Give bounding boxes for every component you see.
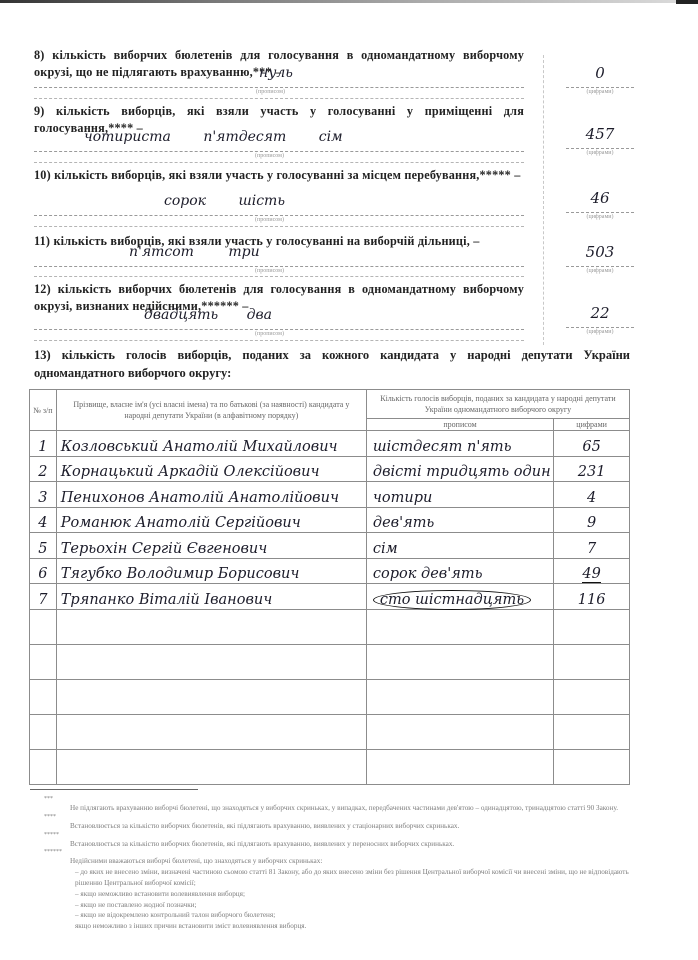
item-text: кількість виборців, які взяли участь у г…	[54, 168, 520, 182]
empty-cell	[56, 749, 366, 784]
digits-caption: (цифрами)	[566, 329, 634, 335]
item-10-digits-field[interactable]: 46	[566, 192, 634, 213]
row-number: 6	[30, 558, 57, 584]
item-10-label: 10) кількість виборців, які взяли участь…	[34, 167, 524, 184]
empty-cell	[366, 644, 553, 679]
item-11-digits-field[interactable]: 503	[566, 246, 634, 267]
words-caption: (прописом)	[256, 89, 285, 95]
table-row: 6Тягубко Володимир Борисовичсорок дев'ят…	[30, 558, 630, 584]
item-9-digits-value: 457	[586, 125, 615, 143]
header-candidate-name: Прізвище, власне ім'я (усі власні імена)…	[56, 390, 366, 431]
item-11-words-value: п'ятсот три	[129, 244, 260, 260]
empty-cell	[554, 679, 630, 714]
footnote-bullet: – якщо не відокремлено контрольний талон…	[30, 910, 640, 921]
footnote-text: Встановлюється за кількістю виборчих бюл…	[30, 839, 640, 850]
table-row: 5Терьохін Сергій Євгеновичсім7	[30, 533, 630, 559]
votes-words: сім	[366, 533, 553, 559]
item-12-words-field[interactable]: двадцять два	[34, 309, 524, 330]
empty-cell	[554, 749, 630, 784]
item-9-words-value: чотириста п'ятдесят сім	[84, 129, 343, 145]
footnote-marker: ******	[30, 849, 640, 856]
row-number: 1	[30, 431, 57, 457]
votes-words: чотири	[366, 482, 553, 508]
item-9-words-field[interactable]: чотириста п'ятдесят сім	[34, 131, 524, 152]
candidate-name: Корнацький Аркадій Олексійович	[56, 456, 366, 482]
table-row: 3Пенихонов Анатолій Анатолійовиччотири4	[30, 482, 630, 508]
item-8-digits-field[interactable]: 0	[566, 67, 634, 88]
footnote-bullet: якщо неможливо з інших причин встановити…	[30, 921, 640, 932]
table-row: 2Корнацький Аркадій Олексійовичдвісті тр…	[30, 456, 630, 482]
candidate-name: Тягубко Володимир Борисович	[56, 558, 366, 584]
header-number: № з/п	[30, 390, 57, 431]
header-votes-digits: цифрами	[554, 419, 630, 431]
separator	[34, 226, 524, 227]
item-number: 8)	[34, 48, 45, 62]
candidate-name: Тряпанко Віталій Іванович	[56, 584, 366, 610]
candidate-name: Козловський Анатолій Михайлович	[56, 431, 366, 457]
empty-cell	[366, 714, 553, 749]
words-caption: (прописом)	[255, 331, 284, 337]
table-row: 7Тряпанко Віталій Івановичсто шістнадцят…	[30, 584, 630, 610]
scan-corner-mark	[676, 0, 698, 4]
empty-cell	[30, 644, 57, 679]
empty-cell	[56, 644, 366, 679]
words-caption: (прописом)	[255, 268, 284, 274]
item-10-digits-value: 46	[590, 189, 609, 207]
empty-cell	[554, 714, 630, 749]
empty-cell	[554, 609, 630, 644]
item-9-digits-field[interactable]: 457	[566, 128, 634, 149]
footnote-rule	[30, 789, 198, 790]
footnote-text: Встановлюється за кількістю виборчих бюл…	[30, 821, 640, 832]
empty-cell	[366, 609, 553, 644]
column-divider	[543, 55, 545, 345]
item-12-digits-value: 22	[590, 304, 609, 322]
footnote-marker: ****	[30, 814, 640, 821]
digits-caption: (цифрами)	[566, 89, 634, 95]
footnotes: ***Не підлягають врахуванню виборчі бюле…	[30, 796, 640, 932]
scan-top-edge	[0, 0, 698, 3]
votes-words: шістдесят п'ять	[366, 431, 553, 457]
item-12-digits-field[interactable]: 22	[566, 307, 634, 328]
header-votes-group: Кількість голосів виборців, поданих за к…	[366, 390, 629, 419]
footnote-bullet: – до яких не внесено зміни, визначені ча…	[30, 867, 640, 889]
item-number: 9)	[34, 104, 45, 118]
item-8-digits-value: 0	[595, 64, 605, 82]
votes-digits: 9	[554, 507, 630, 533]
votes-digits: 7	[554, 533, 630, 559]
item-11-words-field[interactable]: п'ятсот три	[34, 246, 524, 267]
candidate-name: Терьохін Сергій Євгенович	[56, 533, 366, 559]
votes-digits: 65	[554, 431, 630, 457]
votes-words: сорок дев'ять	[366, 558, 553, 584]
empty-table-row	[30, 644, 630, 679]
table-row: 1Козловський Анатолій Михайловичшістдеся…	[30, 431, 630, 457]
footnote-text: Не підлягають врахуванню виборчі бюлетен…	[30, 803, 640, 814]
item-8-words-field[interactable]: нуль	[34, 67, 524, 88]
digits-caption: (цифрами)	[566, 150, 634, 156]
row-number: 4	[30, 507, 57, 533]
empty-cell	[366, 679, 553, 714]
footnote-marker: *****	[30, 832, 640, 839]
separator	[34, 162, 524, 163]
candidate-results-table: № з/п Прізвище, власне ім'я (усі власні …	[29, 389, 630, 785]
header-votes-words: прописом	[366, 419, 553, 431]
item-number: 10)	[34, 168, 51, 182]
item-number: 12)	[34, 282, 51, 296]
digits-caption: (цифрами)	[566, 268, 634, 274]
item-12-words-value: двадцять два	[144, 307, 272, 323]
votes-words: дев'ять	[366, 507, 553, 533]
empty-cell	[56, 609, 366, 644]
empty-table-row	[30, 609, 630, 644]
words-caption: (прописом)	[255, 153, 284, 159]
votes-words: двісті тридцять один	[366, 456, 553, 482]
separator	[34, 276, 524, 277]
table-row: 4Романюк Анатолій Сергійовичдев'ять9	[30, 507, 630, 533]
item-10-words-field[interactable]: сорок шість	[34, 195, 524, 216]
words-caption: (прописом)	[255, 217, 284, 223]
empty-cell	[30, 714, 57, 749]
empty-cell	[56, 679, 366, 714]
candidate-name: Романюк Анатолій Сергійович	[56, 507, 366, 533]
candidate-name: Пенихонов Анатолій Анатолійович	[56, 482, 366, 508]
footnote-marker: ***	[30, 796, 640, 803]
section-13-title: 13) кількість голосів виборців, поданих …	[34, 346, 630, 382]
item-11-digits-value: 503	[586, 243, 615, 261]
footnote-bullet: – якщо неможливо встановити волевиявленн…	[30, 889, 640, 900]
votes-digits: 116	[554, 584, 630, 610]
separator	[34, 98, 524, 99]
empty-cell	[554, 644, 630, 679]
empty-cell	[366, 749, 553, 784]
empty-cell	[30, 679, 57, 714]
separator	[34, 340, 524, 341]
footnote-bullet: – якщо не поставлено жодної позначки;	[30, 900, 640, 911]
votes-digits: 49	[554, 558, 630, 584]
empty-cell	[30, 749, 57, 784]
row-number: 7	[30, 584, 57, 610]
item-8-words-value: нуль	[259, 65, 293, 81]
row-number: 3	[30, 482, 57, 508]
digits-caption: (цифрами)	[566, 214, 634, 220]
row-number: 5	[30, 533, 57, 559]
empty-table-row	[30, 749, 630, 784]
votes-digits: 231	[554, 456, 630, 482]
votes-digits: 4	[554, 482, 630, 508]
empty-cell	[30, 609, 57, 644]
row-number: 2	[30, 456, 57, 482]
empty-cell	[56, 714, 366, 749]
votes-words: сто шістнадцять	[366, 584, 553, 610]
footnote-text: Недійсними вважаються виборчі бюлетені, …	[30, 856, 640, 867]
item-10-words-value: сорок шість	[164, 193, 285, 209]
empty-table-row	[30, 679, 630, 714]
empty-table-row	[30, 714, 630, 749]
